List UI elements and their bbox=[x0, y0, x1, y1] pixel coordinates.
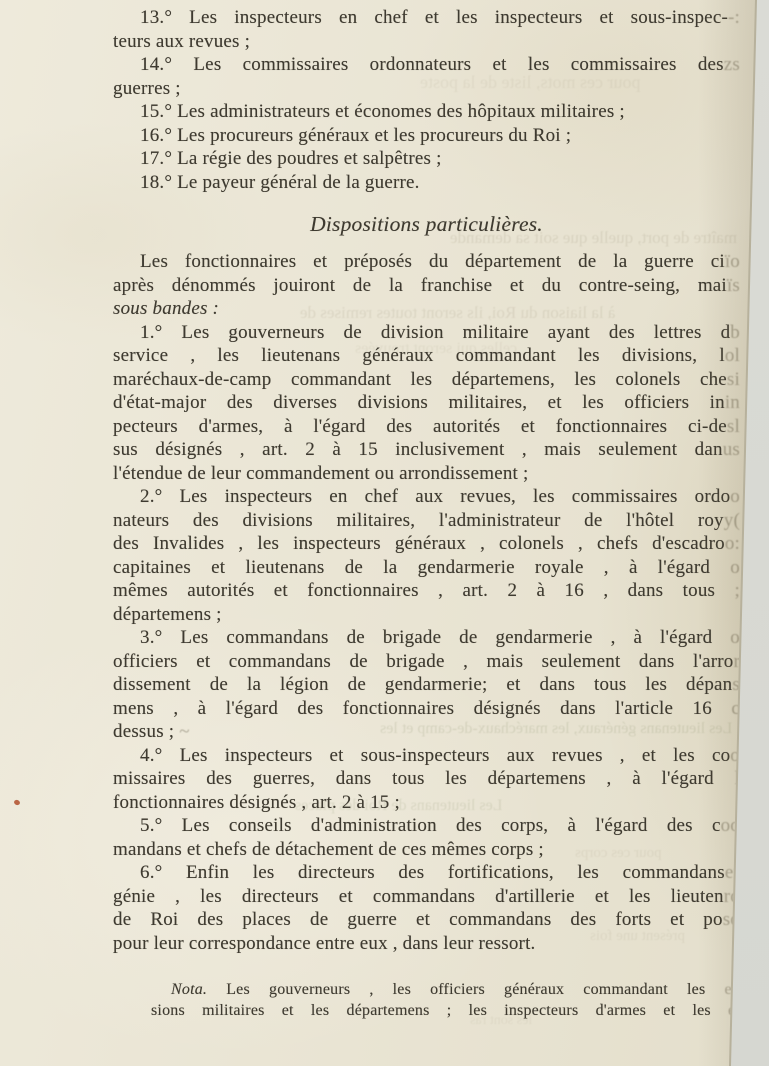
text-fragment: 1.° Les gouverneurs de division militair… bbox=[140, 322, 730, 343]
text-line: 16.° Les procureurs généraux et les proc… bbox=[113, 124, 740, 148]
text-fragment: départemens ; bbox=[113, 604, 222, 625]
text-fragment: 18.° Le payeur général de la guerre. bbox=[140, 172, 420, 193]
text-fragment: 2.° Les inspecteurs en chef aux revues, … bbox=[140, 486, 730, 507]
text-line: 13.° Les inspecteurs en chef et les insp… bbox=[113, 6, 740, 30]
text-line: d'état-major des diverses divisions mili… bbox=[113, 391, 740, 415]
text-fragment: guerres ; bbox=[113, 78, 181, 99]
scanned-document: pour ces mots, liste de la postemaître d… bbox=[0, 0, 769, 1066]
text-fragment: dissement de la légion de gendarmerie; e… bbox=[113, 674, 732, 695]
text-line: 1.° Les gouverneurs de division militair… bbox=[113, 321, 740, 345]
text-fragment: fonctionnaires désignés , art. 2 à 15 ; bbox=[113, 792, 400, 813]
text-fragment: missaires des guerres, dans tous les dép… bbox=[113, 768, 714, 789]
text-fragment: sus désignés , art. 2 à 15 inclusivement… bbox=[113, 439, 723, 460]
text-fragment: 6.° Enfin les directeurs des fortificati… bbox=[140, 862, 725, 883]
text-line: mandans et chefs de détachement de ces m… bbox=[113, 838, 740, 862]
text-line: guerres ; bbox=[113, 77, 740, 101]
text-fragment: mandans et chefs de détachement de ces m… bbox=[113, 839, 544, 860]
text-fragment: maréchaux-de-camp commandant les départe… bbox=[113, 369, 727, 390]
text-line: mêmes autorités et fonctionnaires , art.… bbox=[113, 579, 740, 603]
text-line: dessus ; ~ bbox=[113, 720, 740, 744]
text-fragment: service , les lieutenans généraux comman… bbox=[113, 345, 725, 366]
text-line: de Roi des places de guerre et commandan… bbox=[113, 908, 740, 932]
text-fragment: 14.° Les commissaires ordonnateurs et le… bbox=[140, 54, 724, 75]
text-fragment: nateurs des divisions militaires, l'admi… bbox=[113, 510, 724, 531]
text-line: 14.° Les commissaires ordonnateurs et le… bbox=[113, 53, 740, 77]
text-column: 13.° Les inspecteurs en chef et les insp… bbox=[113, 6, 740, 1021]
text-line: Les fonctionnaires et préposés du départ… bbox=[113, 250, 740, 274]
text-line: fonctionnaires désignés , art. 2 à 15 ; bbox=[113, 791, 740, 815]
text-line: 2.° Les inspecteurs en chef aux revues, … bbox=[113, 485, 740, 509]
bleed-fragment: ~ bbox=[174, 721, 189, 742]
text-fragment: pour leur correspondance entre eux , dan… bbox=[113, 933, 536, 954]
text-line: sus désignés , art. 2 à 15 inclusivement… bbox=[113, 438, 740, 462]
text-line: nateurs des divisions militaires, l'admi… bbox=[113, 509, 740, 533]
text-fragment: Nota. bbox=[171, 981, 207, 998]
text-line: 15.° Les administrateurs et économes des… bbox=[113, 100, 740, 124]
text-line: sions militaires et les départemens ; le… bbox=[151, 1000, 740, 1021]
text-fragment: teurs aux revues ; bbox=[113, 31, 250, 52]
text-line: service , les lieutenans généraux comman… bbox=[113, 344, 740, 368]
text-line: 3.° Les commandans de brigade de gendarm… bbox=[113, 626, 740, 650]
text-line: Nota. Les gouverneurs , les officiers gé… bbox=[151, 979, 740, 1000]
text-line: 6.° Enfin les directeurs des fortificati… bbox=[113, 861, 740, 885]
text-fragment: sous bandes : bbox=[113, 298, 219, 319]
numbered-list-top: 13.° Les inspecteurs en chef et les insp… bbox=[113, 6, 740, 194]
text-line: mens , à l'égard des fonctionnaires dési… bbox=[113, 697, 740, 721]
text-line: génie , les directeurs et commandans d'a… bbox=[113, 885, 740, 909]
text-line: 5.° Les conseils d'administration des co… bbox=[113, 814, 740, 838]
text-line: 17.° La régie des poudres et salpêtres ; bbox=[113, 147, 740, 171]
text-fragment: 4.° Les inspecteurs et sous-inspecteurs … bbox=[140, 745, 730, 766]
text-line: maréchaux-de-camp commandant les départe… bbox=[113, 368, 740, 392]
text-fragment: génie , les directeurs et commandans d'a… bbox=[113, 886, 724, 907]
nota-block: Nota. Les gouverneurs , les officiers gé… bbox=[151, 979, 740, 1021]
text-fragment: l'étendue de leur commandement ou arrond… bbox=[113, 463, 528, 484]
text-line: 4.° Les inspecteurs et sous-inspecteurs … bbox=[113, 744, 740, 768]
text-fragment: dessus ; bbox=[113, 721, 174, 742]
text-fragment: 15.° Les administrateurs et économes des… bbox=[140, 101, 625, 122]
text-line: teurs aux revues ; bbox=[113, 30, 740, 54]
text-fragment: mens , à l'égard des fonctionnaires dési… bbox=[113, 698, 712, 719]
text-fragment: des Invalides , les inspecteurs généraux… bbox=[113, 533, 725, 554]
text-line: départemens ; bbox=[113, 603, 740, 627]
text-line: des Invalides , les inspecteurs généraux… bbox=[113, 532, 740, 556]
text-fragment: mêmes autorités et fonctionnaires , art.… bbox=[113, 580, 715, 601]
text-line: après dénommés jouiront de la franchise … bbox=[113, 274, 740, 298]
text-fragment: Les gouverneurs , les officiers généraux… bbox=[207, 981, 705, 998]
text-fragment: capitaines et lieutenans de la gendarmer… bbox=[113, 557, 710, 578]
text-fragment: 5.° Les conseils d'administration des co… bbox=[140, 815, 721, 836]
text-line: 18.° Le payeur général de la guerre. bbox=[113, 171, 740, 195]
text-line: pecteurs d'armes, à l'égard des autorité… bbox=[113, 415, 740, 439]
text-fragment: 17.° La régie des poudres et salpêtres ; bbox=[140, 148, 442, 169]
text-line: dissement de la légion de gendarmerie; e… bbox=[113, 673, 740, 697]
text-fragment: officiers et commandans de brigade , mai… bbox=[113, 651, 733, 672]
text-line: capitaines et lieutenans de la gendarmer… bbox=[113, 556, 740, 580]
text-line: sous bandes : bbox=[113, 297, 740, 321]
text-line: l'étendue de leur commandement ou arrond… bbox=[113, 462, 740, 486]
text-fragment: Les fonctionnaires et préposés du départ… bbox=[140, 251, 725, 272]
text-line: missaires des guerres, dans tous les dép… bbox=[113, 767, 740, 791]
text-line: pour leur correspondance entre eux , dan… bbox=[113, 932, 740, 956]
body-paragraphs: Les fonctionnaires et préposés du départ… bbox=[113, 250, 740, 955]
text-fragment: sions militaires et les départemens ; le… bbox=[151, 1002, 711, 1019]
text-fragment: 16.° Les procureurs généraux et les proc… bbox=[140, 125, 571, 146]
text-fragment: pecteurs d'armes, à l'égard des autorité… bbox=[113, 416, 727, 437]
text-fragment: de Roi des places de guerre et commandan… bbox=[113, 909, 723, 930]
text-fragment: 13.° Les inspecteurs en chef et les insp… bbox=[140, 7, 728, 28]
section-heading: Dispositions particulières. bbox=[113, 209, 740, 239]
text-fragment: 3.° Les commandans de brigade de gendarm… bbox=[140, 627, 712, 648]
text-line: officiers et commandans de brigade , mai… bbox=[113, 650, 740, 674]
text-fragment: d'état-major des diverses divisions mili… bbox=[113, 392, 725, 413]
text-fragment: après dénommés jouiront de la franchise … bbox=[113, 275, 727, 296]
